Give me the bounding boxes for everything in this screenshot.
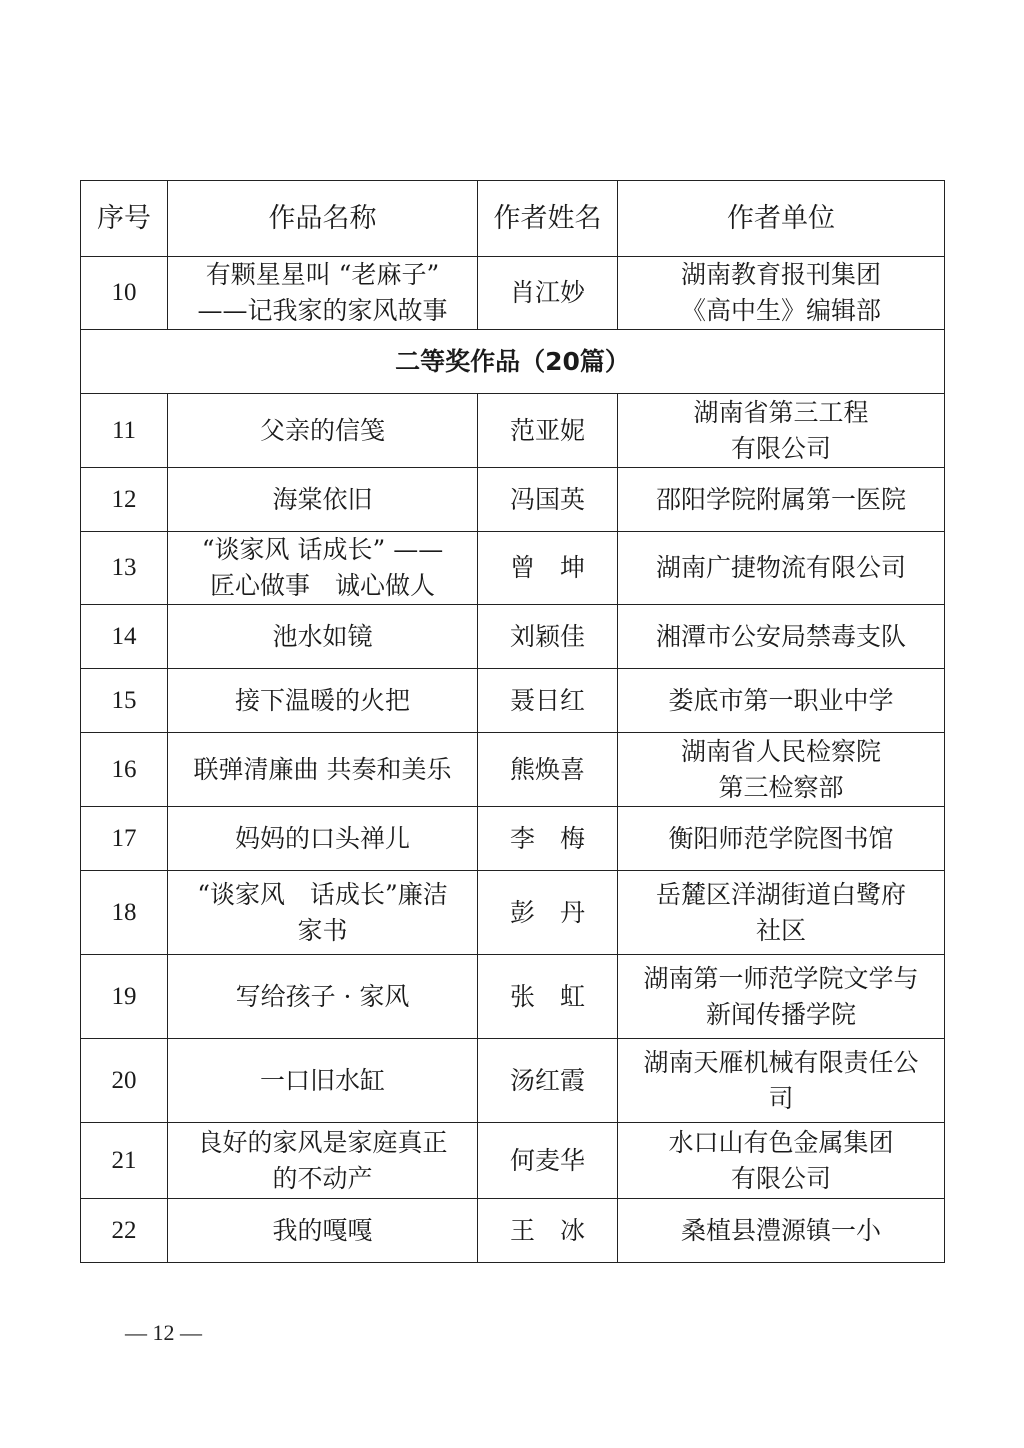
table-header-row: 序号 作品名称 作者姓名 作者单位 [81,181,945,257]
header-org: 作者单位 [618,181,945,257]
cell-author-org-line: 桑植县澧源镇一小 [624,1213,938,1249]
awards-table: 序号 作品名称 作者姓名 作者单位 10有颗星星叫 “老麻子”——记我家的家风故… [80,180,945,1263]
cell-author-org: 湘潭市公安局禁毒支队 [618,605,945,669]
cell-work-title: 我的嘎嘎 [168,1199,478,1263]
cell-number: 16 [81,733,168,807]
cell-author-org-line: 湖南广捷物流有限公司 [624,550,938,586]
cell-number: 13 [81,532,168,605]
cell-author-name: 彭 丹 [478,871,618,955]
cell-work-title-line: “谈家风 话成长”廉洁 [174,877,471,913]
cell-author-name: 熊焕喜 [478,733,618,807]
cell-author-org-line: 湖南教育报刊集团 [624,257,938,293]
cell-number: 12 [81,468,168,532]
cell-author-name: 聂日红 [478,669,618,733]
cell-author-org-line: 岳麓区洋湖街道白鹭府 [624,877,938,913]
cell-author-org: 邵阳学院附属第一医院 [618,468,945,532]
table-body: 10有颗星星叫 “老麻子”——记我家的家风故事肖江妙湖南教育报刊集团《高中生》编… [81,257,945,1263]
cell-number: 19 [81,955,168,1039]
cell-author-org: 桑植县澧源镇一小 [618,1199,945,1263]
cell-number: 14 [81,605,168,669]
cell-author-org: 湖南天雁机械有限责任公司 [618,1039,945,1123]
table-row: 17妈妈的口头禅儿李 梅衡阳师范学院图书馆 [81,807,945,871]
cell-author-org-line: 水口山有色金属集团 [624,1125,938,1161]
cell-work-title: 联弹清廉曲 共奏和美乐 [168,733,478,807]
cell-number: 18 [81,871,168,955]
cell-work-title: 池水如镜 [168,605,478,669]
cell-author-org-line: 湖南天雁机械有限责任公 [624,1045,938,1081]
cell-author-name: 曾 坤 [478,532,618,605]
cell-work-title-line: 的不动产 [174,1161,471,1197]
cell-work-title-line: 池水如镜 [174,619,471,655]
cell-author-org-line: 有限公司 [624,431,938,467]
cell-work-title-line: ——记我家的家风故事 [174,293,471,329]
cell-work-title-line: 联弹清廉曲 共奏和美乐 [174,752,471,788]
table-row: 22我的嘎嘎王 冰桑植县澧源镇一小 [81,1199,945,1263]
cell-work-title-line: 家书 [174,913,471,949]
cell-author-name: 汤红霞 [478,1039,618,1123]
header-no: 序号 [81,181,168,257]
cell-work-title-line: 接下温暖的火把 [174,683,471,719]
cell-work-title: 妈妈的口头禅儿 [168,807,478,871]
cell-author-org-line: 有限公司 [624,1161,938,1197]
cell-work-title-line: 写给孩子 · 家风 [174,979,471,1015]
cell-work-title-line: 良好的家风是家庭真正 [174,1125,471,1161]
cell-work-title: 一口旧水缸 [168,1039,478,1123]
table-row: 11父亲的信笺范亚妮湖南省第三工程有限公司 [81,394,945,468]
cell-work-title-line: 妈妈的口头禅儿 [174,821,471,857]
cell-author-org: 湖南广捷物流有限公司 [618,532,945,605]
cell-author-org: 湖南教育报刊集团《高中生》编辑部 [618,257,945,330]
cell-author-name: 何麦华 [478,1123,618,1199]
cell-work-title-line: “谈家风 话成长” —— [174,532,471,568]
cell-author-org: 水口山有色金属集团有限公司 [618,1123,945,1199]
cell-work-title-line: 我的嘎嘎 [174,1213,471,1249]
cell-work-title-line: 海棠依旧 [174,482,471,518]
cell-work-title: 海棠依旧 [168,468,478,532]
table-row: 21良好的家风是家庭真正的不动产何麦华水口山有色金属集团有限公司 [81,1123,945,1199]
cell-author-org-line: 第三检察部 [624,770,938,806]
cell-author-name: 范亚妮 [478,394,618,468]
cell-work-title-line: 有颗星星叫 “老麻子” [174,257,471,293]
table-row: 16联弹清廉曲 共奏和美乐熊焕喜湖南省人民检察院第三检察部 [81,733,945,807]
cell-work-title: “谈家风 话成长”廉洁家书 [168,871,478,955]
cell-author-org-line: 湖南第一师范学院文学与 [624,961,938,997]
table-row: 14池水如镜刘颖佳湘潭市公安局禁毒支队 [81,605,945,669]
header-author: 作者姓名 [478,181,618,257]
cell-number: 20 [81,1039,168,1123]
cell-number: 11 [81,394,168,468]
cell-number: 10 [81,257,168,330]
page-number: — 12 — [125,1320,202,1346]
cell-author-name: 冯国英 [478,468,618,532]
section-title: 二等奖作品（20篇） [81,330,945,394]
cell-author-org: 湖南省人民检察院第三检察部 [618,733,945,807]
table-row: 15接下温暖的火把聂日红娄底市第一职业中学 [81,669,945,733]
cell-author-org-line: 湖南省人民检察院 [624,734,938,770]
cell-author-org-line: 司 [624,1081,938,1117]
cell-number: 15 [81,669,168,733]
cell-author-org-line: 社区 [624,913,938,949]
cell-number: 22 [81,1199,168,1263]
table-row: 20一口旧水缸汤红霞湖南天雁机械有限责任公司 [81,1039,945,1123]
cell-author-org-line: 衡阳师范学院图书馆 [624,821,938,857]
cell-author-org-line: 湘潭市公安局禁毒支队 [624,619,938,655]
cell-author-org-line: 娄底市第一职业中学 [624,683,938,719]
cell-author-org: 岳麓区洋湖街道白鹭府社区 [618,871,945,955]
cell-author-org: 娄底市第一职业中学 [618,669,945,733]
cell-author-org: 湖南第一师范学院文学与新闻传播学院 [618,955,945,1039]
cell-author-org-line: 《高中生》编辑部 [624,293,938,329]
cell-work-title: 写给孩子 · 家风 [168,955,478,1039]
cell-author-org-line: 邵阳学院附属第一医院 [624,482,938,518]
cell-author-org: 湖南省第三工程有限公司 [618,394,945,468]
table-row: 12海棠依旧冯国英邵阳学院附属第一医院 [81,468,945,532]
cell-author-org-line: 湖南省第三工程 [624,395,938,431]
cell-author-name: 肖江妙 [478,257,618,330]
cell-work-title-line: 匠心做事 诚心做人 [174,568,471,604]
cell-author-name: 李 梅 [478,807,618,871]
cell-work-title: 接下温暖的火把 [168,669,478,733]
cell-work-title-line: 父亲的信笺 [174,413,471,449]
cell-work-title: “谈家风 话成长” ——匠心做事 诚心做人 [168,532,478,605]
cell-author-org-line: 新闻传播学院 [624,997,938,1033]
table-row: 19写给孩子 · 家风张 虹湖南第一师范学院文学与新闻传播学院 [81,955,945,1039]
cell-author-org: 衡阳师范学院图书馆 [618,807,945,871]
cell-author-name: 王 冰 [478,1199,618,1263]
table-row: 10有颗星星叫 “老麻子”——记我家的家风故事肖江妙湖南教育报刊集团《高中生》编… [81,257,945,330]
cell-number: 21 [81,1123,168,1199]
cell-work-title: 父亲的信笺 [168,394,478,468]
cell-work-title: 良好的家风是家庭真正的不动产 [168,1123,478,1199]
header-title: 作品名称 [168,181,478,257]
cell-work-title: 有颗星星叫 “老麻子”——记我家的家风故事 [168,257,478,330]
cell-author-name: 刘颖佳 [478,605,618,669]
cell-work-title-line: 一口旧水缸 [174,1063,471,1099]
cell-number: 17 [81,807,168,871]
section-header-row: 二等奖作品（20篇） [81,330,945,394]
table-row: 18“谈家风 话成长”廉洁家书彭 丹岳麓区洋湖街道白鹭府社区 [81,871,945,955]
cell-author-name: 张 虹 [478,955,618,1039]
table-row: 13“谈家风 话成长” ——匠心做事 诚心做人曾 坤湖南广捷物流有限公司 [81,532,945,605]
